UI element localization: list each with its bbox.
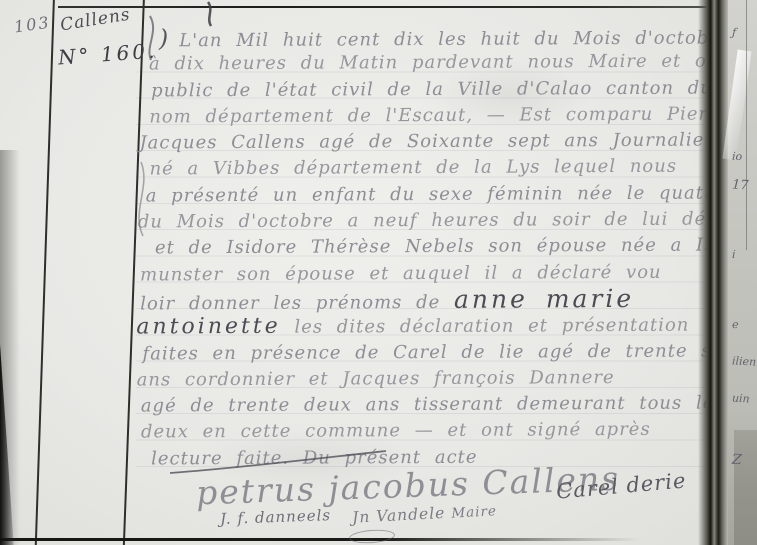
adjacent-page-fragment: io [732,150,743,164]
act-line: agé de trente deux ans tisserant demeura… [141,391,715,420]
act-text-segment: agé de trente deux ans tisserant demeura… [141,393,715,417]
signature-witness-danneels: J. f. danneels [220,506,332,528]
child-given-names: antoinette [136,314,280,340]
folio-number: 103 [13,13,52,37]
act-text-segment: L'an Mil huit cent dix les huit du Mois … [179,27,715,51]
act-text-segment: à dix heures du Matin pardevant nous Mai… [149,50,715,74]
act-line: faites en présence de Carel de lie agé d… [142,338,714,367]
adjacent-page-fragment: uin [732,392,750,406]
act-text-segment: et de Isidore Thérèse Nebels son épouse … [155,235,715,259]
mayor-title: Maire [451,503,497,521]
adjacent-page-fragment: ilien [732,354,757,368]
margin-rule-left [35,0,55,545]
act-text-segment: ) [159,24,170,52]
act-text-segment: loir donner les prénoms de [140,292,454,315]
adjacent-page-edge: ƒio17ieilienuinZ [728,0,757,545]
adjacent-page-fragment: Z [732,452,743,468]
child-given-names: anne marie [454,284,634,314]
act-text-segment: public de l'état civil de la Ville d'Cal… [151,77,715,101]
act-text-segment: né a Vibbes département de la Lys lequel… [150,156,678,180]
act-line: et de Isidore Thérèse Nebels son épouse … [155,233,714,262]
adjacent-page-rule [746,0,747,250]
adjacent-page-fragment: i [732,248,736,261]
act-line: public de l'état civil de la Ville d'Cal… [151,75,713,104]
act-line: deux en cette commune — et ont signé apr… [141,417,715,446]
act-line: nom département de l'Escaut, — Est compa… [149,101,713,130]
act-text-segment: a présenté un enfant du sexe féminin née… [146,182,716,206]
book-binding [698,0,728,545]
act-line: )L'an Mil huit cent dix les huit du Mois… [159,22,713,51]
mayor-name: Jn Vandele [352,504,446,527]
act-text-segment: les dites déclaration et présentation [281,315,690,338]
act-line: du Mois d'octobre a neuf heures du soir … [138,207,714,236]
register-page: 103 Callens N° 160. )L'an Mil huit cent … [0,0,757,545]
act-text-segment: nom département de l'Escaut, — Est compa… [149,103,715,127]
act-text-segment: faites en présence de Carel de lie agé d… [142,340,715,364]
act-line: antoinette les dites déclaration et prés… [136,312,714,341]
act-line: né a Vibbes département de la Lys lequel… [149,154,713,183]
adjacent-page-fragment: e [732,318,739,331]
act-line: loir donner les prénoms de anne marie [140,285,714,314]
adjacent-page-fragment: 17 [732,178,749,194]
adjacent-page-shadow [734,430,757,545]
top-rule-line [58,6,712,8]
act-text-segment: munster son épouse et auquel il a déclar… [140,261,662,285]
act-body: )L'an Mil huit cent dix les huit du Mois… [135,22,715,481]
act-line: Jacques Callens agé de Soixante sept ans… [139,128,713,157]
act-text-segment: ans cordonnier et Jacques françois Danne… [137,367,615,391]
margin-surname: Callens [59,5,132,36]
act-text-segment: Jacques Callens agé de Soixante sept ans… [139,130,714,154]
adjacent-page-fragment: ƒ [732,26,737,39]
act-text-segment: deux en cette commune — et ont signé apr… [141,419,651,443]
act-line: à dix heures du Matin pardevant nous Mai… [149,49,713,78]
act-line: ans cordonnier et Jacques françois Danne… [137,364,715,393]
act-line: a présenté un enfant du sexe féminin née… [146,180,714,209]
act-text-segment: du Mois d'octobre a neuf heures du soir … [138,208,715,232]
mayor-signature-flourish [349,528,396,544]
bottom-rule-line [0,538,640,541]
